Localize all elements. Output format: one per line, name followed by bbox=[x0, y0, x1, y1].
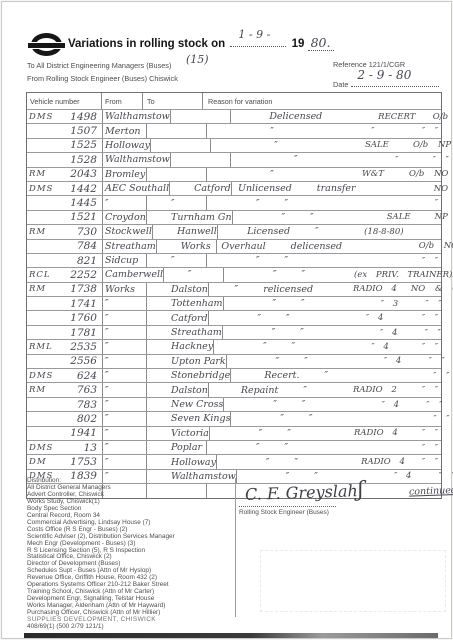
signature-flourish: ʃ bbox=[357, 477, 364, 501]
reason-code: (18-8-80) bbox=[348, 227, 420, 237]
vehicle-number-cell: DM 1753 bbox=[27, 455, 103, 468]
header-vehicle-number: Vehicle number bbox=[27, 93, 102, 109]
vehicle-number-cell: 783 bbox=[27, 398, 103, 411]
to-cell: Victoria bbox=[147, 427, 210, 440]
from-cell: ″ bbox=[103, 412, 147, 425]
vehicle-number-cell: 821 bbox=[27, 254, 103, 267]
table-body: DMS 1498 Walthamstow Delicensed RECERT O… bbox=[27, 109, 441, 498]
vehicle-number: 2535 bbox=[70, 341, 102, 353]
to-cell: Turnham Gn bbox=[147, 211, 233, 224]
reason-text: Recert. ″ bbox=[231, 370, 361, 381]
license-mark: O/b NO bbox=[433, 112, 453, 122]
table-row: 784 Streatham Works Overhaul delicensed … bbox=[27, 239, 441, 253]
vehicle-number: 1753 bbox=[70, 456, 102, 468]
table-row: 1781 ″ Streatham ″ ″ ″ 4 ″ ″ bbox=[27, 325, 441, 339]
table-row: 1528 Walthamstow ″ ″ ″ ″ bbox=[27, 152, 441, 166]
reason-code: W&T bbox=[337, 169, 409, 179]
london-transport-roundel-logo bbox=[31, 33, 62, 56]
reason-code: RECERT bbox=[361, 112, 433, 122]
reason-cell: Repaint ″ RADIO 2 ″ ″ bbox=[209, 383, 441, 396]
vehicle-class: RM bbox=[29, 385, 46, 395]
to-cell: Tottenham bbox=[147, 297, 224, 310]
vehicle-number: 802 bbox=[77, 413, 102, 425]
vehicle-number: 1498 bbox=[70, 111, 102, 123]
vehicle-number-cell: 1528 bbox=[27, 153, 103, 166]
vehicle-number: 1442 bbox=[70, 183, 102, 195]
vehicle-number-cell: 784 bbox=[27, 240, 103, 253]
vehicle-number-cell: 1941 bbox=[27, 427, 103, 440]
to-cell bbox=[171, 153, 231, 166]
signature-dotted-line bbox=[239, 506, 336, 507]
reason-text: Licensed ″ bbox=[218, 226, 348, 237]
reason-code: (ex PRIV. TRAINER) bbox=[354, 270, 452, 280]
license-mark: ″ ″ bbox=[416, 342, 441, 352]
title-date-dotted-line: 1 - 9 - bbox=[230, 35, 286, 47]
reason-text: ″ ″ bbox=[233, 212, 363, 223]
to-cell: Streatham bbox=[147, 326, 223, 339]
reason-cell: ″ ″ ″ 4 ″ ″ bbox=[227, 355, 448, 368]
reason-cell: ″ ″ ″ 4 ″ ″ bbox=[223, 326, 444, 339]
reason-text: Overhaul delicensed bbox=[217, 241, 347, 252]
reason-text: Unlicensed transfer bbox=[232, 183, 362, 194]
reason-text: ″ ″ bbox=[209, 313, 339, 324]
to-cell: New Cross bbox=[147, 398, 224, 411]
vehicle-class: DMS bbox=[29, 184, 53, 194]
reason-cell: ″ ″ RADIO 4 ″ ″ bbox=[217, 455, 441, 468]
signature-text: C. F. Greyslah bbox=[245, 481, 358, 504]
vehicle-number-cell: DMS 1498 bbox=[27, 110, 103, 123]
from-cell: Camberwell bbox=[103, 268, 164, 281]
reason-text: ″ ″ bbox=[224, 399, 354, 410]
vehicle-number: 1738 bbox=[70, 283, 102, 295]
license-mark: ″ ″ bbox=[433, 155, 452, 165]
vehicle-number: 624 bbox=[77, 370, 102, 382]
from-cell: Croydon bbox=[103, 211, 147, 224]
reason-cell: ″ ″ SALE NP bbox=[233, 211, 451, 224]
reason-cell: Recert. ″ ″ ″ bbox=[231, 369, 452, 382]
reason-cell: ″ SALE O/b NP bbox=[211, 139, 453, 152]
to-line: To All District Engineering Managers (Bu… bbox=[27, 59, 178, 72]
vehicle-number-cell: RML 2535 bbox=[27, 340, 103, 353]
reason-text: ″ ″ bbox=[207, 442, 337, 453]
scanned-form-page: Variations in rolling stock on 1 - 9 - 1… bbox=[1, 1, 452, 639]
header-reason: Reason for variation bbox=[203, 93, 441, 109]
from-cell: Bromley bbox=[103, 168, 147, 181]
header-from: From bbox=[102, 93, 143, 109]
table-row: 1507 Merton ″ ″ ″ ″ bbox=[27, 123, 441, 137]
from-cell: ″ bbox=[103, 383, 147, 396]
vehicle-number: 1528 bbox=[70, 154, 102, 166]
vehicle-number-cell: RCL 2252 bbox=[27, 268, 103, 281]
reason-code: SALE bbox=[341, 140, 413, 150]
vehicle-number: 1781 bbox=[70, 327, 102, 339]
reason-cell: ″ ″ ″ 4 ″ ″ bbox=[214, 340, 441, 353]
vehicle-class: DMS bbox=[29, 443, 53, 453]
vehicle-class: RM bbox=[29, 169, 46, 179]
reason-text: ″ bbox=[231, 154, 361, 165]
faint-stamp-outline bbox=[260, 550, 446, 612]
to-cell bbox=[171, 110, 231, 123]
vehicle-class: RM bbox=[29, 227, 46, 237]
reason-cell: Delicensed RECERT O/b NO bbox=[231, 110, 453, 123]
handwritten-year: 80. bbox=[308, 35, 334, 51]
reason-code: SALE bbox=[363, 212, 435, 222]
to-cell bbox=[151, 139, 211, 152]
license-mark: ″ ″ bbox=[409, 443, 441, 453]
reason-cell: ″ ″ ″ bbox=[207, 196, 441, 209]
reason-cell: ″ relicensed RADIO 4 NO & O bbox=[209, 283, 453, 296]
to-cell bbox=[147, 124, 207, 137]
from-cell: Holloway bbox=[103, 139, 151, 152]
vehicle-number-cell: 1445 bbox=[27, 196, 103, 209]
from-cell: ″ bbox=[103, 196, 147, 209]
date-line: Date2 - 9 - 80 bbox=[333, 77, 439, 89]
vehicle-number: 13 bbox=[84, 442, 102, 454]
vehicle-number: 1741 bbox=[70, 298, 102, 310]
year-printed: 19 bbox=[292, 38, 305, 50]
vehicle-class: DMS bbox=[29, 112, 53, 122]
reason-code: RADIO 4 bbox=[339, 284, 411, 294]
vehicle-number: 2252 bbox=[70, 269, 102, 281]
from-cell: ″ bbox=[103, 369, 147, 382]
table-row: RM 730 Stockwell Hanwell Licensed ″ (18-… bbox=[27, 224, 441, 238]
reason-text: ″ ″ bbox=[231, 413, 361, 424]
reason-text: ″ relicensed bbox=[209, 284, 339, 295]
reason-text: Repaint ″ bbox=[209, 385, 339, 396]
from-cell: Merton bbox=[103, 124, 147, 137]
license-mark: NO & O bbox=[411, 284, 453, 294]
reason-text: ″ bbox=[207, 126, 337, 137]
reason-cell: Licensed ″ (18-8-80) bbox=[218, 225, 441, 238]
vehicle-number-cell: DMS 13 bbox=[27, 441, 103, 454]
date-label: Date bbox=[333, 80, 348, 89]
vehicle-number-cell: 1525 bbox=[27, 139, 103, 152]
table-row: RML 2535 ″ Hackney ″ ″ ″ 4 ″ ″ bbox=[27, 339, 441, 353]
signature-role: Rolling Stock Engineer (Buses) bbox=[239, 509, 329, 516]
table-row: 821 Sidcup ″ ″ ″ ″ ″ bbox=[27, 253, 441, 267]
vehicle-number-cell: RM 730 bbox=[27, 225, 103, 238]
from-cell: ″ bbox=[103, 355, 147, 368]
reason-cell: ″ ″ (ex PRIV. TRAINER) NP & NO bbox=[224, 268, 453, 281]
reason-text: Delicensed bbox=[231, 111, 361, 122]
vehicle-class: DMS bbox=[29, 371, 53, 381]
table-row: DM 1753 ″ Holloway ″ ″ RADIO 4 ″ ″ bbox=[27, 454, 441, 468]
reason-text: ″ ″ bbox=[223, 327, 353, 338]
reason-code: RADIO 4 bbox=[347, 457, 419, 467]
to-cell: ″ bbox=[147, 196, 207, 209]
reason-code: ″ 4 bbox=[357, 356, 429, 366]
vehicle-class: DM bbox=[29, 457, 47, 467]
table-row: 1445 ″ ″ ″ ″ ″ bbox=[27, 195, 441, 209]
reason-code: RADIO 4 bbox=[340, 428, 412, 438]
to-cell: Upton Park bbox=[147, 355, 227, 368]
reason-cell: ″ ″ ″ 4 ″ ″ bbox=[209, 311, 441, 324]
from-cell: ″ bbox=[103, 398, 147, 411]
table-row: 1941 ″ Victoria ″ ″ RADIO 4 ″ ″ bbox=[27, 426, 441, 440]
reason-text: ″ ″ bbox=[224, 269, 354, 280]
vehicle-number-cell: 1521 bbox=[27, 211, 103, 224]
from-cell: ″ bbox=[103, 427, 147, 440]
reason-text: ″ bbox=[211, 140, 341, 151]
form-title: Variations in rolling stock on 1 - 9 - 1… bbox=[68, 35, 334, 50]
from-cell: Stockwell bbox=[103, 225, 153, 238]
to-cell: Seven Kings bbox=[147, 412, 231, 425]
variations-table: Vehicle number From To Reason for variat… bbox=[26, 92, 442, 499]
license-mark: ″ ″ bbox=[419, 457, 441, 467]
reason-code: ″ bbox=[361, 155, 433, 165]
handwritten-form-date: 2 - 9 - 80 bbox=[357, 68, 411, 82]
license-mark: ″ ″ bbox=[409, 256, 441, 266]
vehicle-number-cell: DMS 1442 bbox=[27, 182, 103, 195]
from-cell: ″ bbox=[103, 340, 147, 353]
from-cell: AEC Southall bbox=[103, 182, 170, 195]
from-cell: Walthamstow bbox=[103, 153, 171, 166]
license-mark: ″ ″ bbox=[433, 414, 452, 424]
vehicle-number-cell: 1507 bbox=[27, 124, 103, 137]
vehicle-number-cell: 1760 bbox=[27, 311, 103, 324]
vehicle-number: 1521 bbox=[70, 211, 102, 223]
from-cell: Sidcup bbox=[103, 254, 147, 267]
to-cell: Holloway bbox=[147, 455, 217, 468]
distribution-list: Distribution:All District General Manage… bbox=[27, 478, 233, 631]
reason-cell: ″ ″ ″ ″ bbox=[207, 254, 441, 267]
vehicle-class: RML bbox=[29, 342, 53, 352]
reason-text: ″ ″ bbox=[214, 341, 344, 352]
reason-text: ″ ″ bbox=[210, 428, 340, 439]
reason-text: ″ ″ bbox=[227, 356, 357, 367]
from-cell: ″ bbox=[103, 311, 147, 324]
reason-cell: ″ W&T O/b NO bbox=[207, 168, 451, 181]
to-cell: Poplar bbox=[147, 441, 207, 454]
date-dotted-line: 2 - 9 - 80 bbox=[351, 77, 439, 87]
roundel-bar bbox=[28, 42, 65, 49]
table-row: RCL 2252 Camberwell ″ ″ ″ (ex PRIV. TRAI… bbox=[27, 267, 441, 281]
license-mark: O/b NP bbox=[413, 140, 453, 150]
form-title-text: Variations in rolling stock on bbox=[68, 38, 225, 50]
vehicle-number: 2043 bbox=[70, 168, 102, 180]
license-mark: ″ ″ bbox=[411, 385, 441, 395]
scan-bottom-bar bbox=[24, 633, 438, 638]
reason-code: ″ 4 bbox=[339, 313, 411, 323]
header-to: To bbox=[143, 93, 203, 109]
license-mark: ″ ″ bbox=[433, 371, 452, 381]
to-cell bbox=[147, 168, 207, 181]
vehicle-number-cell: RM 763 bbox=[27, 383, 103, 396]
signature: C. F. Greyslahʃ bbox=[245, 477, 364, 505]
footer-divider-line bbox=[235, 478, 236, 617]
from-cell: ″ bbox=[103, 326, 147, 339]
table-header-row: Vehicle number From To Reason for variat… bbox=[27, 93, 441, 109]
distribution-line: 408/69(1) (500 2/79 121/1) bbox=[27, 624, 233, 631]
reason-cell: Overhaul delicensed O/b NO bbox=[217, 240, 453, 253]
license-mark: NO bbox=[434, 184, 451, 194]
vehicle-class: RCL bbox=[29, 270, 51, 280]
vehicle-number-cell: DMS 624 bbox=[27, 369, 103, 382]
handwritten-date: 1 - 9 - bbox=[238, 28, 270, 41]
to-cell: ″ bbox=[164, 268, 224, 281]
vehicle-number: 730 bbox=[77, 226, 102, 238]
license-mark: continued over bbox=[409, 484, 453, 498]
vehicle-number: 1445 bbox=[70, 197, 102, 209]
vehicle-number: 2556 bbox=[70, 355, 102, 367]
to-cell: Catford bbox=[170, 182, 232, 195]
from-cell: ″ bbox=[103, 297, 147, 310]
to-cell: Dalston bbox=[147, 383, 209, 396]
table-row: 2556 ″ Upton Park ″ ″ ″ 4 ″ ″ bbox=[27, 354, 441, 368]
reason-code: ″ 4 bbox=[353, 328, 425, 338]
from-line: From Rolling Stock Engineer (Buses) Chis… bbox=[27, 72, 178, 85]
license-mark: O/b NO bbox=[409, 169, 451, 179]
reason-cell: ″ ″ ″ 3 ″ ″ bbox=[224, 297, 445, 310]
table-row: DMS 624 ″ Stonebridge Recert. ″ ″ ″ bbox=[27, 368, 441, 382]
reason-code: ″ 4 bbox=[354, 400, 426, 410]
vehicle-number-cell: 802 bbox=[27, 412, 103, 425]
to-cell: Catford bbox=[147, 311, 209, 324]
table-row: DMS 1442 AEC Southall Catford Unlicensed… bbox=[27, 181, 441, 195]
from-cell: Works bbox=[103, 283, 147, 296]
addressee-block: To All District Engineering Managers (Bu… bbox=[27, 59, 178, 85]
reason-text: ″ ″ bbox=[224, 298, 354, 309]
license-mark: ″ ″ bbox=[426, 400, 445, 410]
table-row: 1525 Holloway ″ SALE O/b NP bbox=[27, 138, 441, 152]
license-mark: ″ ″ bbox=[426, 299, 445, 309]
distribution-line: SUPPLIES DEVELOPMENT, CHISWICK bbox=[27, 617, 233, 624]
from-cell: ″ bbox=[103, 455, 147, 468]
handwritten-copies-count: (15) bbox=[186, 53, 209, 66]
license-mark: NP bbox=[435, 212, 451, 222]
table-row: RM 2043 Bromley ″ W&T O/b NO bbox=[27, 167, 441, 181]
reason-code: ″ 4 bbox=[367, 471, 439, 481]
license-mark: ″ ″ bbox=[409, 126, 441, 136]
table-row: DMS 13 ″ Poplar ″ ″ ″ ″ bbox=[27, 440, 441, 454]
reason-cell: ″ ″ ″ ″ bbox=[231, 153, 452, 166]
reason-text: ″ ″ bbox=[207, 255, 337, 266]
reason-text: ″ ″ bbox=[207, 198, 337, 209]
to-cell: ″ bbox=[147, 254, 207, 267]
to-cell: Hanwell bbox=[153, 225, 218, 238]
reason-text: ″ ″ bbox=[217, 457, 347, 468]
reason-code: ″ 3 bbox=[354, 299, 426, 309]
vehicle-number-cell: RM 2043 bbox=[27, 168, 103, 181]
vehicle-number: 783 bbox=[77, 399, 102, 411]
reason-text: ″ bbox=[207, 169, 337, 180]
reason-cell: Unlicensed transfer NO bbox=[232, 182, 451, 195]
vehicle-number-cell: 1741 bbox=[27, 297, 103, 310]
license-mark: ″ ″ bbox=[412, 428, 441, 438]
to-cell: Dalston bbox=[147, 283, 209, 296]
vehicle-number: 1525 bbox=[70, 139, 102, 151]
license-mark: ″ ″ bbox=[411, 313, 441, 323]
reason-code: RADIO 2 bbox=[339, 385, 411, 395]
reason-code: ″ bbox=[337, 126, 409, 136]
vehicle-number: 821 bbox=[77, 255, 102, 267]
reason-cell: ″ ″ ″ ″ bbox=[207, 124, 441, 137]
reason-cell: ″ ″ ″ ″ bbox=[231, 412, 452, 425]
reason-cell: ″ ″ ″ ″ bbox=[207, 441, 441, 454]
table-row: 1741 ″ Tottenham ″ ″ ″ 3 ″ ″ bbox=[27, 296, 441, 310]
license-mark: ″ ″ bbox=[429, 356, 448, 366]
vehicle-number: 1507 bbox=[70, 125, 102, 137]
vehicle-number-cell: 2556 bbox=[27, 355, 103, 368]
to-cell: Hackney bbox=[147, 340, 214, 353]
reason-cell: ″ ″ RADIO 4 ″ ″ bbox=[210, 427, 441, 440]
table-row: DMS 1498 Walthamstow Delicensed RECERT O… bbox=[27, 109, 441, 123]
license-mark: ″ ″ bbox=[425, 328, 444, 338]
to-cell: Works bbox=[157, 240, 217, 253]
vehicle-number: 1941 bbox=[70, 427, 102, 439]
table-row: 1760 ″ Catford ″ ″ ″ 4 ″ ″ bbox=[27, 310, 441, 324]
vehicle-number: 763 bbox=[77, 384, 102, 396]
table-row: RM 1738 Works Dalston ″ relicensed RADIO… bbox=[27, 282, 441, 296]
vehicle-number: 784 bbox=[77, 240, 102, 252]
from-cell: Streatham bbox=[103, 240, 157, 253]
vehicle-number: 1760 bbox=[70, 312, 102, 324]
to-cell: Stonebridge bbox=[147, 369, 231, 382]
reason-code: ″ 4 bbox=[344, 342, 416, 352]
from-cell: Walthamstow bbox=[103, 110, 171, 123]
license-mark: O/b NO bbox=[419, 241, 453, 251]
table-row: 783 ″ New Cross ″ ″ ″ 4 ″ ″ bbox=[27, 397, 441, 411]
vehicle-class: RM bbox=[29, 284, 46, 294]
vehicle-number-cell: RM 1738 bbox=[27, 283, 103, 296]
license-mark: ″ ″ bbox=[439, 471, 453, 481]
table-row: RM 763 ″ Dalston Repaint ″ RADIO 2 ″ ″ bbox=[27, 382, 441, 396]
license-mark: ″ bbox=[409, 198, 441, 208]
table-row: 802 ″ Seven Kings ″ ″ ″ ″ bbox=[27, 411, 441, 425]
table-row: 1521 Croydon Turnham Gn ″ ″ SALE NP bbox=[27, 210, 441, 224]
from-cell: ″ bbox=[103, 441, 147, 454]
reason-cell: ″ ″ ″ 4 ″ ″ bbox=[224, 398, 445, 411]
vehicle-number-cell: 1781 bbox=[27, 326, 103, 339]
